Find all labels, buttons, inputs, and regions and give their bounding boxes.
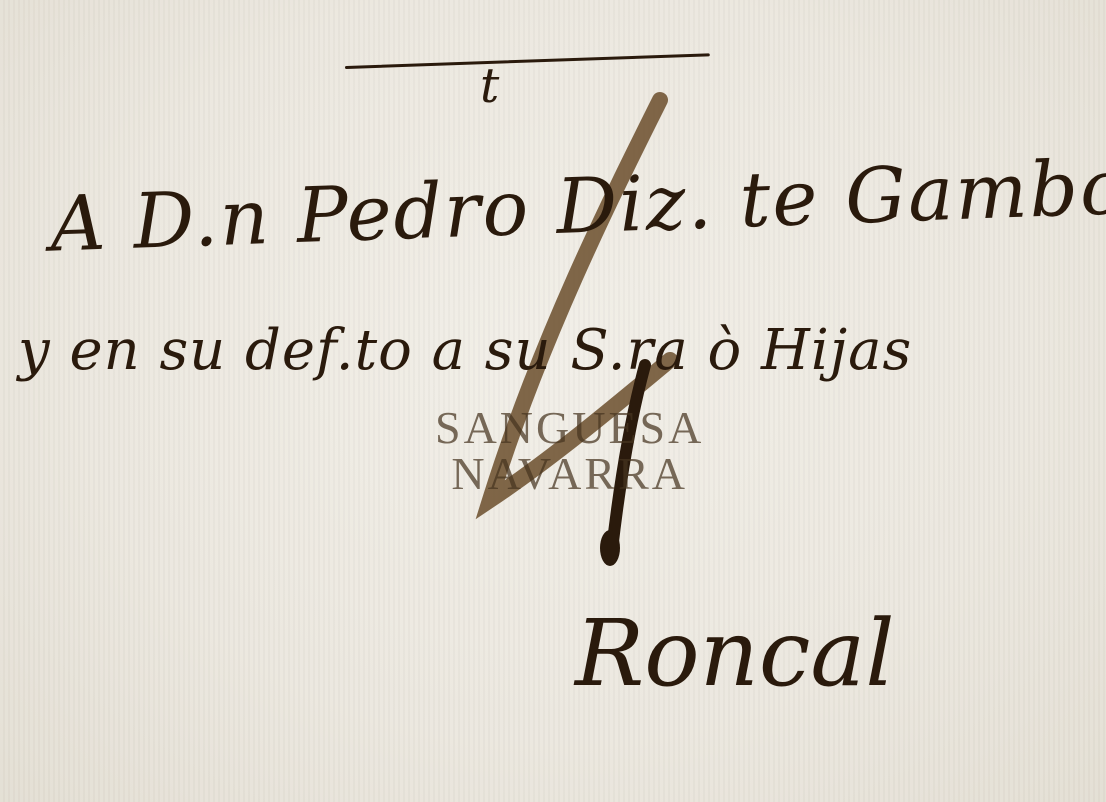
- address-line-2: y en su def.to a su S.ra ò Hijas: [18, 318, 912, 383]
- postmark-line-2: NAVARRA: [435, 451, 704, 497]
- top-stroke: [345, 53, 710, 69]
- destination: Roncal: [575, 600, 895, 707]
- postmark-line-1: SANGUESA: [435, 405, 704, 451]
- postmark-stamp: SANGUESA NAVARRA: [435, 405, 704, 497]
- letter-cover: t A D.n Pedro Diz. te Gamboa y en su def…: [0, 0, 1106, 802]
